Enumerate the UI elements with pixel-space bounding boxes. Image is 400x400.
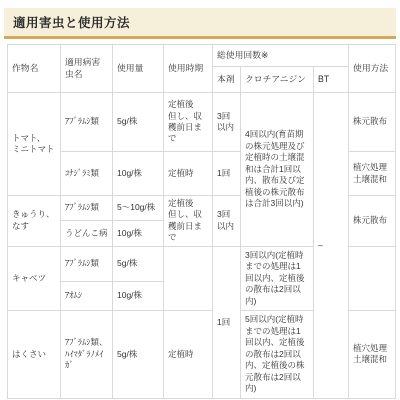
cell-amount-2: 10g/株 <box>113 152 164 196</box>
table-row: トマト、 ミニトマト ｱﾌﾞﾗﾑｼ類 5g/株 定植後 但し、収穫前日まで 3回… <box>8 93 396 152</box>
col-header-pest: 適用病害虫名 <box>61 45 113 93</box>
cell-timing-56 <box>164 246 213 310</box>
cell-clothianidin-hakusai: 5回以内(定植時までの処理は1回以内、定植後の散布は2回以内、定植後の株元散布は… <box>241 310 314 398</box>
cell-crop-cucumber: きゅうり、 なす <box>8 196 61 247</box>
col-header-amount: 使用量 <box>113 45 164 93</box>
cell-timing-34: 定植後 但し、収穫前日まで <box>164 196 213 247</box>
cell-method-7: 植穴処理 土壌混和 <box>349 310 396 398</box>
col-header-timing: 使用時期 <box>164 45 213 93</box>
cell-timing-2: 定植時 <box>164 152 213 196</box>
cell-pest-caterpillar-cabbage: ｱｵﾑｼ <box>61 281 113 310</box>
cell-amount-4: 10g/株 <box>113 220 164 246</box>
cell-amount-7: 5g/株 <box>113 310 164 398</box>
cell-honzai-1: 3回以内 <box>213 93 241 152</box>
cell-pest-hakusai: ｱﾌﾞﾗﾑｼ類、ﾊｲﾏﾀﾞﾗﾉﾒｲｶﾞ <box>61 310 113 398</box>
cell-pest-mildew-cucumber: うどんこ病 <box>61 220 113 246</box>
cell-method-34: 株元散布 <box>349 196 396 247</box>
page-title: 適用害虫と使用方法 <box>4 8 396 39</box>
cell-crop-hakusai: はくさい <box>8 310 61 398</box>
cell-honzai-2: 1回 <box>213 152 241 196</box>
cell-crop-cabbage: キャベツ <box>8 246 61 310</box>
cell-pest-aphid-cabbage: ｱﾌﾞﾗﾑｼ類 <box>61 246 113 281</box>
cell-pest-whitefly-tomato: ｺﾅｼﾞﾗﾐ類 <box>61 152 113 196</box>
cell-timing-1: 定植後 但し、収穫前日まで <box>164 93 213 152</box>
cell-method-1: 株元散布 <box>349 93 396 152</box>
cell-pest-aphid-cucumber: ｱﾌﾞﾗﾑｼ類 <box>61 196 113 221</box>
col-header-honzai: 本剤 <box>213 67 241 93</box>
col-header-crop: 作物名 <box>8 45 61 93</box>
cell-crop-tomato: トマト、 ミニトマト <box>8 93 61 196</box>
cell-honzai-567: 1回 <box>213 246 241 398</box>
cell-amount-3: 5～10g/株 <box>113 196 164 221</box>
cell-amount-5: 5g/株 <box>113 246 164 281</box>
col-header-clothianidin: クロチアニジン <box>241 67 314 93</box>
cell-pest-aphid-tomato: ｱﾌﾞﾗﾑｼ類 <box>61 93 113 152</box>
usage-table: 作物名 適用病害虫名 使用量 使用時期 総使用回数※ 使用方法 本剤 クロチアニ… <box>7 44 396 399</box>
cell-timing-7: 定植時 <box>164 310 213 398</box>
col-header-bt: BT <box>314 67 349 93</box>
cell-bt-all: – <box>314 93 349 399</box>
cell-honzai-34: 3回以内 <box>213 196 241 247</box>
cell-method-2: 植穴処理 土壌混和 <box>349 152 396 196</box>
cell-amount-6: 10g/株 <box>113 281 164 310</box>
cell-clothianidin-cabbage: 3回以内(定植時までの処理は1回以内、定植後の散布は2回以内) <box>241 246 314 310</box>
col-header-total-count: 総使用回数※ <box>213 45 349 67</box>
cell-method-56 <box>349 246 396 310</box>
col-header-method: 使用方法 <box>349 45 396 93</box>
cell-amount-1: 5g/株 <box>113 93 164 152</box>
cell-clothianidin-tomato-cucumber: 4回以内(育苗期の株元処理及び定植時の土壌混和は合計1回以内、散布及び定植後の株… <box>241 93 314 247</box>
